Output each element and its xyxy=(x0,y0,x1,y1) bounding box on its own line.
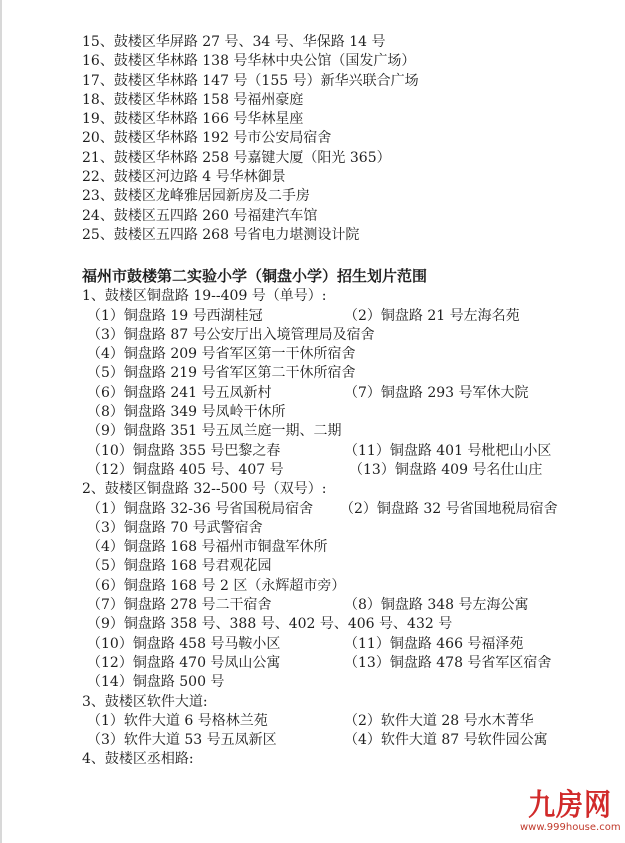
group-2: 2、鼓楼区铜盘路 32--500 号（双号）: （1）铜盘路 32-36 号省国… xyxy=(82,480,602,692)
list-item: （5）铜盘路 168 号君观花园 xyxy=(87,558,272,574)
list-item: 16、鼓楼区华林路 138 号华林中央公馆（国发广场） xyxy=(82,52,602,71)
list-item: （4）铜盘路 209 号省军区第一干休所宿舍 xyxy=(87,346,356,362)
list-row: （9）铜盘路 351 号五凤兰庭一期、二期 xyxy=(82,422,602,441)
list-item: 25、鼓楼区五四路 268 号省电力堪测设计院 xyxy=(82,226,602,245)
list-row: （6）铜盘路 241 号五凤新村（7）铜盘路 293 号军休大院 xyxy=(82,384,602,403)
list-row: （5）铜盘路 168 号君观花园 xyxy=(82,557,602,576)
list-row: （5）铜盘路 219 号省军区第二干休所宿舍 xyxy=(82,364,602,383)
list-item: （12）铜盘路 470 号凤山公寓 xyxy=(87,655,280,671)
list-item: （3）铜盘路 87 号公安厅出入境管理局及宿舍 xyxy=(87,327,375,343)
list-item: 22、鼓楼区河边路 4 号华林御景 xyxy=(82,168,602,187)
group-1: 1、鼓楼区铜盘路 19--409 号（单号）: （1）铜盘路 19 号西湖桂冠（… xyxy=(82,287,602,480)
list-item: （6）铜盘路 241 号五凤新村 xyxy=(87,385,272,401)
group-heading: 1、鼓楼区铜盘路 19--409 号（单号）: xyxy=(82,287,602,306)
section-title: 福州市鼓楼第二实验小学（铜盘小学）招生划片范围 xyxy=(82,267,602,287)
list-item: （3）软件大道 53 号五凤新区 xyxy=(87,732,277,748)
list-item: （4）铜盘路 168 号福州市铜盘军休所 xyxy=(87,539,328,555)
list-item: （8）铜盘路 349 号凤岭干休所 xyxy=(87,404,286,420)
list-row: （14）铜盘路 500 号 xyxy=(82,673,602,692)
watermark-url: www.999house.com xyxy=(520,822,620,834)
list-item: （10）铜盘路 458 号马鞍小区 xyxy=(87,636,280,652)
list-row: （12）铜盘路 470 号凤山公寓（13）铜盘路 478 号省军区宿舍 xyxy=(82,654,602,673)
list-item: （2）铜盘路 21 号左海名苑 xyxy=(344,307,520,326)
group-heading: 4、鼓楼区丞相路: xyxy=(82,750,602,769)
list-item: （7）铜盘路 293 号军休大院 xyxy=(344,384,529,403)
list-item: （8）铜盘路 348 号左海公寓 xyxy=(344,596,529,615)
list-row: （4）铜盘路 209 号省军区第一干休所宿舍 xyxy=(82,345,602,364)
list-item: 23、鼓楼区龙峰雅居园新房及二手房 xyxy=(82,187,602,206)
address-list-top: 15、鼓楼区华屏路 27 号、34 号、华保路 14 号 16、鼓楼区华林路 1… xyxy=(82,33,602,245)
list-row: （8）铜盘路 349 号凤岭干休所 xyxy=(82,403,602,422)
list-row: （3）铜盘路 70 号武警宿舍 xyxy=(82,519,602,538)
watermark: 九房网 www.999house.com xyxy=(520,790,620,834)
list-item: （13）铜盘路 409 号名仕山庄 xyxy=(349,461,542,480)
watermark-logo: 九房网 xyxy=(525,790,615,822)
list-row: （3）软件大道 53 号五凤新区（4）软件大道 87 号软件园公寓 xyxy=(82,731,602,750)
list-row: （9）铜盘路 358 号、388 号、402 号、406 号、432 号 xyxy=(82,615,602,634)
list-row: （1）铜盘路 19 号西湖桂冠（2）铜盘路 21 号左海名苑 xyxy=(82,307,602,326)
list-row: （1）铜盘路 32-36 号省国税局宿舍（2）铜盘路 32 号省国地税局宿舍 xyxy=(82,500,602,519)
list-item: （11）铜盘路 466 号福泽苑 xyxy=(344,635,523,654)
list-row: （10）铜盘路 355 号巴黎之春（11）铜盘路 401 号枇杷山小区 xyxy=(82,442,602,461)
list-item: （5）铜盘路 219 号省军区第二干休所宿舍 xyxy=(87,365,356,381)
list-item: （12）铜盘路 405 号、407 号 xyxy=(87,462,284,478)
group-4: 4、鼓楼区丞相路: xyxy=(82,750,602,769)
document-body: 15、鼓楼区华屏路 27 号、34 号、华保路 14 号 16、鼓楼区华林路 1… xyxy=(82,33,602,770)
list-item: （14）铜盘路 500 号 xyxy=(87,674,224,690)
list-item: 15、鼓楼区华屏路 27 号、34 号、华保路 14 号 xyxy=(82,33,602,52)
list-row: （1）软件大道 6 号格林兰苑（2）软件大道 28 号水木菁华 xyxy=(82,712,602,731)
list-item: （7）铜盘路 278 号二干宿舍 xyxy=(87,597,272,613)
list-item: （2）铜盘路 32 号省国地税局宿舍 xyxy=(340,500,558,519)
list-item: （1）铜盘路 32-36 号省国税局宿舍 xyxy=(87,501,313,517)
list-item: （4）软件大道 87 号软件园公寓 xyxy=(344,731,548,750)
list-row: （10）铜盘路 458 号马鞍小区（11）铜盘路 466 号福泽苑 xyxy=(82,635,602,654)
group-heading: 2、鼓楼区铜盘路 32--500 号（双号）: xyxy=(82,480,602,499)
list-item: 18、鼓楼区华林路 158 号福州豪庭 xyxy=(82,91,602,110)
list-item: （11）铜盘路 401 号枇杷山小区 xyxy=(344,442,551,461)
list-item: 17、鼓楼区华林路 147 号（155 号）新华兴联合广场 xyxy=(82,72,602,91)
list-item: 24、鼓楼区五四路 260 号福建汽车馆 xyxy=(82,207,602,226)
list-row: （7）铜盘路 278 号二干宿舍（8）铜盘路 348 号左海公寓 xyxy=(82,596,602,615)
list-row: （6）铜盘路 168 号 2 区（永辉超市旁） xyxy=(82,577,602,596)
list-item: 20、鼓楼区华林路 192 号市公安局宿舍 xyxy=(82,129,602,148)
list-item: （1）铜盘路 19 号西湖桂冠 xyxy=(87,308,263,324)
list-row: （3）铜盘路 87 号公安厅出入境管理局及宿舍 xyxy=(82,326,602,345)
list-item: 21、鼓楼区华林路 258 号嘉键大厦（阳光 365） xyxy=(82,149,602,168)
page-left-border xyxy=(0,0,2,843)
group-3: 3、鼓楼区软件大道: （1）软件大道 6 号格林兰苑（2）软件大道 28 号水木… xyxy=(82,693,602,751)
list-item: （3）铜盘路 70 号武警宿舍 xyxy=(87,520,263,536)
list-item: （2）软件大道 28 号水木菁华 xyxy=(344,712,534,731)
list-item: （9）铜盘路 351 号五凤兰庭一期、二期 xyxy=(87,423,342,439)
list-item: （6）铜盘路 168 号 2 区（永辉超市旁） xyxy=(87,578,345,594)
list-item: （9）铜盘路 358 号、388 号、402 号、406 号、432 号 xyxy=(87,616,452,632)
list-row: （12）铜盘路 405 号、407 号（13）铜盘路 409 号名仕山庄 xyxy=(82,461,602,480)
list-item: （10）铜盘路 355 号巴黎之春 xyxy=(87,443,280,459)
list-item: （13）铜盘路 478 号省军区宿舍 xyxy=(344,654,551,673)
list-item: （1）软件大道 6 号格林兰苑 xyxy=(87,713,268,729)
list-item: 19、鼓楼区华林路 166 号华林星座 xyxy=(82,110,602,129)
group-heading: 3、鼓楼区软件大道: xyxy=(82,693,602,712)
list-row: （4）铜盘路 168 号福州市铜盘军休所 xyxy=(82,538,602,557)
